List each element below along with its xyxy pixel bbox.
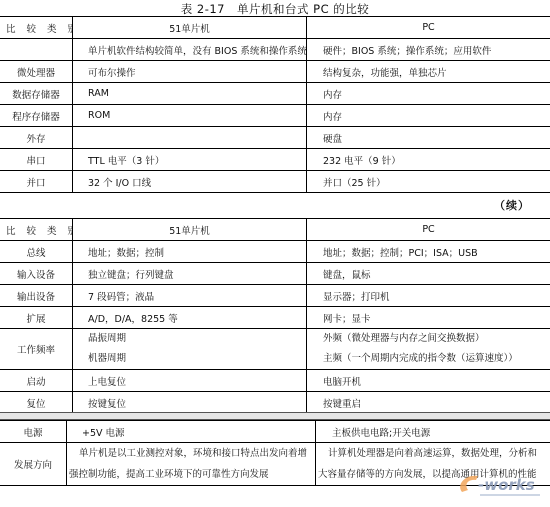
row-category: 启动	[0, 370, 73, 392]
e-works-watermark-logo: -works	[456, 470, 546, 500]
row-mcu: ROM	[73, 105, 307, 127]
mcu-freq-line-1: 晶振周期	[88, 329, 306, 349]
row-mcu: 32 个 I/O 口线	[73, 171, 307, 193]
row-mcu: +5V 电源	[67, 421, 316, 443]
row-category: 串口	[0, 149, 73, 171]
row-pc: 硬盘	[307, 127, 550, 149]
table-row: 启动 上电复位 电脑开机	[0, 370, 550, 392]
comparison-table-part1: 比 较 类 别 51单片机 PC 单片机软件结构较简单，没有 BIOS 系统和操…	[0, 16, 550, 193]
header-category: 比 较 类 别	[0, 17, 73, 39]
table-row: 扩展 A/D，D/A，8255 等 网卡；显卡	[0, 307, 550, 329]
table-header-row: 比 较 类 别 51单片机 PC	[0, 17, 550, 39]
row-mcu: 单片机是以工业测控对象，环境和接口特点出发向着增强控制功能，提高工业环境下的可靠…	[67, 443, 316, 486]
pc-freq-line-1: 外频（微处理器与内存之间交换数据）	[323, 329, 550, 349]
row-category: 电源	[0, 421, 67, 443]
row-pc: 主板供电电路;开关电源	[316, 421, 550, 443]
header-pc: PC	[307, 17, 550, 39]
row-pc: 显示器；打印机	[307, 285, 550, 307]
row-category: 输出设备	[0, 285, 73, 307]
table-header-row: 比 较 类 别 51单片机 PC	[0, 219, 550, 241]
row-pc: 电脑开机	[307, 370, 550, 392]
row-pc: 并口（25 针）	[307, 171, 550, 193]
row-mcu: RAM	[73, 83, 307, 105]
row-pc: 内存	[307, 83, 550, 105]
row-category: 复位	[0, 392, 73, 414]
row-category: 数据存储器	[0, 83, 73, 105]
row-mcu: 独立键盘；行列键盘	[73, 263, 307, 285]
continued-label: （续）	[494, 197, 530, 213]
comparison-table-part2: 比 较 类 别 51单片机 PC 总线 地址；数据；控制 地址；数据；控制；PC…	[0, 218, 550, 414]
svg-text:-works: -works	[478, 476, 535, 494]
row-pc: 网卡；显卡	[307, 307, 550, 329]
row-pc: 地址；数据；控制；PCI；ISA；USB	[307, 241, 550, 263]
row-mcu: A/D，D/A，8255 等	[73, 307, 307, 329]
row-mcu: 可布尔操作	[73, 61, 307, 83]
row-pc: 外频（微处理器与内存之间交换数据） 主频（一个周期内完成的指令数（运算速度））	[307, 329, 550, 370]
table-row: 并口 32 个 I/O 口线 并口（25 针）	[0, 171, 550, 193]
row-mcu: 晶振周期 机器周期	[73, 329, 307, 370]
table-row: 复位 按键复位 按键重启	[0, 392, 550, 414]
table-row: 输入设备 独立键盘；行列键盘 键盘，鼠标	[0, 263, 550, 285]
table-row: 输出设备 7 段码管；液晶 显示器；打印机	[0, 285, 550, 307]
table-row: 程序存储器 ROM 内存	[0, 105, 550, 127]
row-pc: 硬件；BIOS 系统；操作系统；应用软件	[307, 39, 550, 61]
row-category: 程序存储器	[0, 105, 73, 127]
header-category: 比 较 类 别	[0, 219, 73, 241]
header-mcu: 51单片机	[73, 219, 307, 241]
row-category: 外存	[0, 127, 73, 149]
row-mcu: 7 段码管；液晶	[73, 285, 307, 307]
row-category: 并口	[0, 171, 73, 193]
table-row: 数据存储器 RAM 内存	[0, 83, 550, 105]
row-category: 输入设备	[0, 263, 73, 285]
table-title: 表 2-17 单片机和台式 PC 的比较	[0, 1, 550, 17]
table-row-power: 电源 +5V 电源 主板供电电路;开关电源	[0, 421, 550, 443]
row-category: 微处理器	[0, 61, 73, 83]
row-mcu: 按键复位	[73, 392, 307, 414]
row-pc: 结构复杂，功能强，单独芯片	[307, 61, 550, 83]
row-mcu: 地址；数据；控制	[73, 241, 307, 263]
pc-freq-line-2: 主频（一个周期内完成的指令数（运算速度））	[323, 349, 550, 369]
mcu-freq-line-2: 机器周期	[88, 349, 306, 369]
table-row: 串口 TTL 电平（3 针） 232 电平（9 针）	[0, 149, 550, 171]
row-pc: 键盘，鼠标	[307, 263, 550, 285]
row-category: 工作频率	[0, 329, 73, 370]
header-pc: PC	[307, 219, 550, 241]
row-category: 发展方向	[0, 443, 67, 486]
row-category	[0, 39, 73, 61]
row-mcu: TTL 电平（3 针）	[73, 149, 307, 171]
header-mcu: 51单片机	[73, 17, 307, 39]
table-row: 外存 硬盘	[0, 127, 550, 149]
table-row: 微处理器 可布尔操作 结构复杂，功能强，单独芯片	[0, 61, 550, 83]
row-pc: 内存	[307, 105, 550, 127]
page-break-separator	[0, 412, 550, 420]
row-mcu	[73, 127, 307, 149]
table-row-work-frequency: 工作频率 晶振周期 机器周期 外频（微处理器与内存之间交换数据） 主频（一个周期…	[0, 329, 550, 370]
row-category: 扩展	[0, 307, 73, 329]
table-row: 总线 地址；数据；控制 地址；数据；控制；PCI；ISA；USB	[0, 241, 550, 263]
table-row: 单片机软件结构较简单，没有 BIOS 系统和操作系统 硬件；BIOS 系统；操作…	[0, 39, 550, 61]
row-category: 总线	[0, 241, 73, 263]
row-pc: 按键重启	[307, 392, 550, 414]
row-mcu: 上电复位	[73, 370, 307, 392]
row-mcu: 单片机软件结构较简单，没有 BIOS 系统和操作系统	[73, 39, 307, 61]
row-pc: 232 电平（9 针）	[307, 149, 550, 171]
